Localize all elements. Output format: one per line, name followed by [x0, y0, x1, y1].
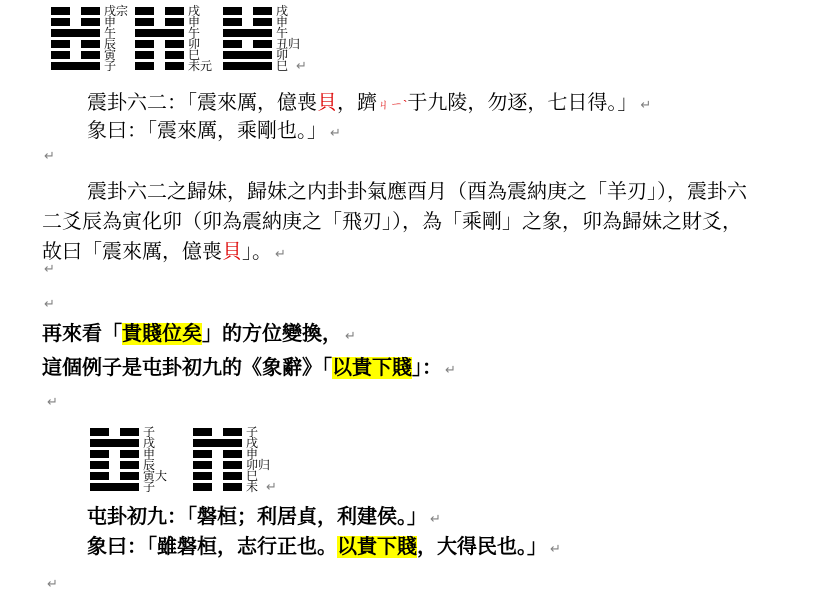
yin-bar — [51, 18, 100, 26]
paragraph-mark-icon: ↵ — [330, 126, 341, 141]
yin-bar — [135, 40, 184, 48]
hexagram-line-yin: 寅大 — [90, 472, 167, 480]
yang-bar — [51, 29, 100, 37]
yin-bar-segment — [165, 7, 184, 15]
hexagram-line-yin: 未↵ — [193, 483, 277, 491]
yin-bar-segment — [135, 18, 154, 26]
yin-bar-segment — [90, 428, 109, 436]
hexagram-line-yang: 戌 — [193, 439, 277, 447]
yin-bar — [193, 450, 242, 458]
hexagram-line-label: 未 — [246, 481, 258, 493]
yang-bar-segment — [90, 483, 139, 491]
yin-bar-segment — [81, 40, 100, 48]
text-segment: 這個例子是屯卦初九的《象辭》「 — [42, 357, 332, 379]
hexagram-line-yang: 子 — [51, 62, 128, 70]
hexagram-line-yin: 辰 — [51, 40, 128, 48]
yin-bar-segment — [193, 461, 212, 469]
hexagram-line-label: 子 — [104, 60, 116, 72]
hexagram-line-yin: 丑归 — [223, 40, 307, 48]
hexagram-line-label: 巳 — [276, 60, 288, 72]
yin-bar — [90, 450, 139, 458]
yin-bar-segment — [253, 7, 272, 15]
text-segment: 」： — [412, 357, 442, 379]
text-segment: 于九陵，勿逐，七日得。」 — [407, 92, 637, 114]
yin-bar-segment — [165, 18, 184, 26]
yin-bar — [135, 62, 184, 70]
yin-bar-segment — [135, 7, 154, 15]
yin-bar-segment — [90, 472, 109, 480]
yin-bar-segment — [223, 450, 242, 458]
yin-bar — [135, 51, 184, 59]
yin-bar — [223, 7, 272, 15]
yin-bar — [193, 461, 242, 469]
hexagram-line-label: 未元 — [188, 60, 212, 72]
highlighted-text: 以貴下賤 — [337, 536, 417, 558]
yin-bar-segment — [51, 40, 70, 48]
yin-bar-segment — [223, 7, 242, 15]
yin-bar-segment — [253, 18, 272, 26]
yin-bar-segment — [165, 40, 184, 48]
yang-bar-segment — [51, 62, 100, 70]
highlighted-text: 以貴下賤 — [332, 357, 412, 379]
yin-bar-segment — [223, 483, 242, 491]
paragraph-mark-icon: ↵ — [44, 150, 55, 163]
paragraph-mark-icon: ↵ — [430, 512, 441, 527]
paragraph-mark-icon: ↵ — [550, 542, 561, 557]
yin-bar-segment — [223, 472, 242, 480]
yin-bar — [90, 428, 139, 436]
yin-bar — [135, 18, 184, 26]
yin-bar-segment — [135, 62, 154, 70]
hexagram-line-yin: 申 — [135, 18, 212, 26]
hexagram-line-yin: 寅 — [51, 51, 128, 59]
guimei-hexagram: 戌申午丑归卯巳↵ — [223, 7, 307, 73]
yang-bar-segment — [90, 439, 139, 447]
yin-bar-segment — [135, 40, 154, 48]
hexagram-line-yang: 卯 — [223, 51, 307, 59]
yin-bar — [193, 428, 242, 436]
hexagram-line-yin: 申 — [223, 18, 307, 26]
yang-bar — [90, 483, 139, 491]
highlighted-text: 貴賤位矣 — [122, 323, 202, 345]
yin-bar-segment — [223, 461, 242, 469]
yin-bar-segment — [253, 40, 272, 48]
text-segment: 再來看「 — [42, 323, 122, 345]
text-segment: 二爻辰為寅化卯（卯為震納庚之「飛刃」），為「乘剛」之象，卯為歸妹之財爻， — [42, 211, 742, 233]
hexagram-line-yin: 申 — [90, 450, 167, 458]
yin-bar-segment — [90, 461, 109, 469]
yu-hexagram: 戌申午卯巳未元 — [135, 7, 212, 73]
yin-bar — [51, 51, 100, 59]
yin-bar-segment — [120, 450, 139, 458]
text-segment: 」。 — [242, 241, 272, 263]
hexagram-line-yin: 申 — [51, 18, 128, 26]
paragraph-mark-icon: ↵ — [445, 363, 456, 378]
hexagram-line-yin: 未元 — [135, 62, 212, 70]
yang-bar — [223, 29, 272, 37]
paragraph-mark-icon: ↵ — [266, 481, 277, 494]
yin-bar-segment — [51, 18, 70, 26]
yin-bar-segment — [120, 472, 139, 480]
yin-bar-segment — [81, 7, 100, 15]
yin-bar — [90, 472, 139, 480]
yin-bar-segment — [223, 428, 242, 436]
hexagram-line-yang: 戌 — [90, 439, 167, 447]
phonetic-annotation: ㄐㄧˋ — [377, 97, 407, 112]
hexagram-line-yin: 子 — [193, 428, 277, 436]
yin-bar — [135, 7, 184, 15]
hexagram-line-yin: 辰 — [90, 461, 167, 469]
text-segment: 震卦六二：「震來厲，億喪 — [87, 92, 317, 114]
hexagram-line-yin: 巳 — [135, 51, 212, 59]
yin-bar-segment — [120, 428, 139, 436]
yin-bar — [223, 40, 272, 48]
paragraph-mark-icon: ↵ — [47, 396, 58, 409]
hexagram-line-yin: 子 — [90, 428, 167, 436]
bold-intro-line-1: 再來看「貴賤位矣」的方位變換，↵ — [42, 323, 356, 345]
yin-bar-segment — [81, 51, 100, 59]
paragraph-mark-icon: ↵ — [640, 98, 651, 113]
paragraph-mark-icon: ↵ — [44, 298, 55, 311]
red-character: 貝 — [317, 92, 337, 114]
yin-bar-segment — [193, 472, 212, 480]
commentary-paragraph-line-2: 二爻辰為寅化卯（卯為震納庚之「飛刃」），為「乘剛」之象，卯為歸妹之財爻， — [42, 211, 742, 233]
commentary-paragraph-line-3: 故曰「震來厲，億喪貝」。↵ — [42, 241, 286, 263]
text-segment: 屯卦初九：「磐桓；利居貞，利建侯。」 — [87, 506, 427, 528]
yin-bar-segment — [165, 51, 184, 59]
bold-intro-line-2: 這個例子是屯卦初九的《象辭》「以貴下賤」：↵ — [42, 357, 456, 379]
text-segment: 故曰「震來厲，億喪 — [42, 241, 222, 263]
red-character: 貝 — [222, 241, 242, 263]
tun-line-19-quote: 屯卦初九：「磐桓；利居貞，利建侯。」↵ — [87, 506, 441, 528]
yin-bar-segment — [51, 7, 70, 15]
yang-bar — [223, 62, 272, 70]
hexagram-line-yin: 卯归 — [193, 461, 277, 469]
yang-bar-segment — [223, 62, 272, 70]
yang-bar-segment — [223, 29, 272, 37]
yang-bar — [193, 439, 242, 447]
yang-bar — [223, 51, 272, 59]
yin-bar-segment — [135, 51, 154, 59]
yin-bar-segment — [223, 40, 242, 48]
bi-hexagram: 子戌申卯归巳未↵ — [193, 428, 277, 494]
tun-hexagram: 子戌申辰寅大子 — [90, 428, 167, 494]
hexagram-line-yang: 巳↵ — [223, 62, 307, 70]
hexagram-line-yin: 巳 — [193, 472, 277, 480]
hexagram-line-yang: 午 — [135, 29, 212, 37]
yin-bar-segment — [120, 461, 139, 469]
yin-bar-segment — [165, 62, 184, 70]
text-segment: ，大得民也。」 — [417, 536, 547, 558]
yin-bar-segment — [193, 483, 212, 491]
xiang-zhuan-zhen: 象曰：「震來厲，乘剛也。」↵ — [87, 120, 341, 142]
paragraph-mark-icon: ↵ — [275, 247, 286, 262]
yin-bar-segment — [223, 18, 242, 26]
yang-bar-segment — [51, 29, 100, 37]
yin-bar-segment — [90, 450, 109, 458]
yang-bar — [90, 439, 139, 447]
yin-bar — [223, 18, 272, 26]
zhen-line-62-quote: 震卦六二：「震來厲，億喪貝，躋ㄐㄧˋ于九陵，勿逐，七日得。」↵ — [87, 92, 651, 116]
text-segment: 象曰：「震來厲，乘剛也。」 — [87, 120, 327, 142]
yang-bar-segment — [135, 29, 184, 37]
yin-bar-segment — [81, 18, 100, 26]
document-page[interactable]: 戌宗申午辰寅子戌申午卯巳未元戌申午丑归卯巳↵子戌申辰寅大子子戌申卯归巳未↵ 震卦… — [0, 0, 816, 605]
hexagram-line-yin: 戌宗 — [51, 7, 128, 15]
yang-bar-segment — [223, 51, 272, 59]
yin-bar-segment — [51, 51, 70, 59]
commentary-paragraph-line-1: 震卦六二之歸妹，歸妹之内卦卦氣應酉月（酉為震納庚之「羊刃」），震卦六 — [87, 181, 747, 203]
yang-bar — [135, 29, 184, 37]
yang-bar — [51, 62, 100, 70]
text-segment: 震卦六二之歸妹，歸妹之内卦卦氣應酉月（酉為震納庚之「羊刃」），震卦六 — [87, 181, 747, 203]
hexagram-line-yang: 午 — [223, 29, 307, 37]
text-segment: ，躋 — [337, 92, 377, 114]
hexagram-line-yin: 戌 — [223, 7, 307, 15]
yin-bar-segment — [193, 428, 212, 436]
hexagram-line-yin: 申 — [193, 450, 277, 458]
yin-bar — [193, 472, 242, 480]
hexagram-line-label: 子 — [143, 481, 155, 493]
paragraph-mark-icon: ↵ — [345, 329, 356, 344]
yin-bar — [51, 7, 100, 15]
paragraph-mark-icon: ↵ — [44, 263, 55, 276]
yin-bar — [193, 483, 242, 491]
zhen-hexagram: 戌宗申午辰寅子 — [51, 7, 128, 73]
paragraph-mark-icon: ↵ — [296, 60, 307, 73]
hexagram-line-yin: 卯 — [135, 40, 212, 48]
xiang-zhuan-tun: 象曰：「雖磐桓，志行正也。以貴下賤，大得民也。」↵ — [87, 536, 561, 558]
text-segment: 」的方位變換， — [202, 323, 342, 345]
yin-bar — [90, 461, 139, 469]
yin-bar-segment — [193, 450, 212, 458]
yin-bar — [51, 40, 100, 48]
yang-bar-segment — [193, 439, 242, 447]
paragraph-mark-icon: ↵ — [47, 578, 58, 591]
hexagram-line-yin: 戌 — [135, 7, 212, 15]
text-segment: 象曰：「雖磐桓，志行正也。 — [87, 536, 337, 558]
hexagram-line-yang: 子 — [90, 483, 167, 491]
hexagram-line-yang: 午 — [51, 29, 128, 37]
